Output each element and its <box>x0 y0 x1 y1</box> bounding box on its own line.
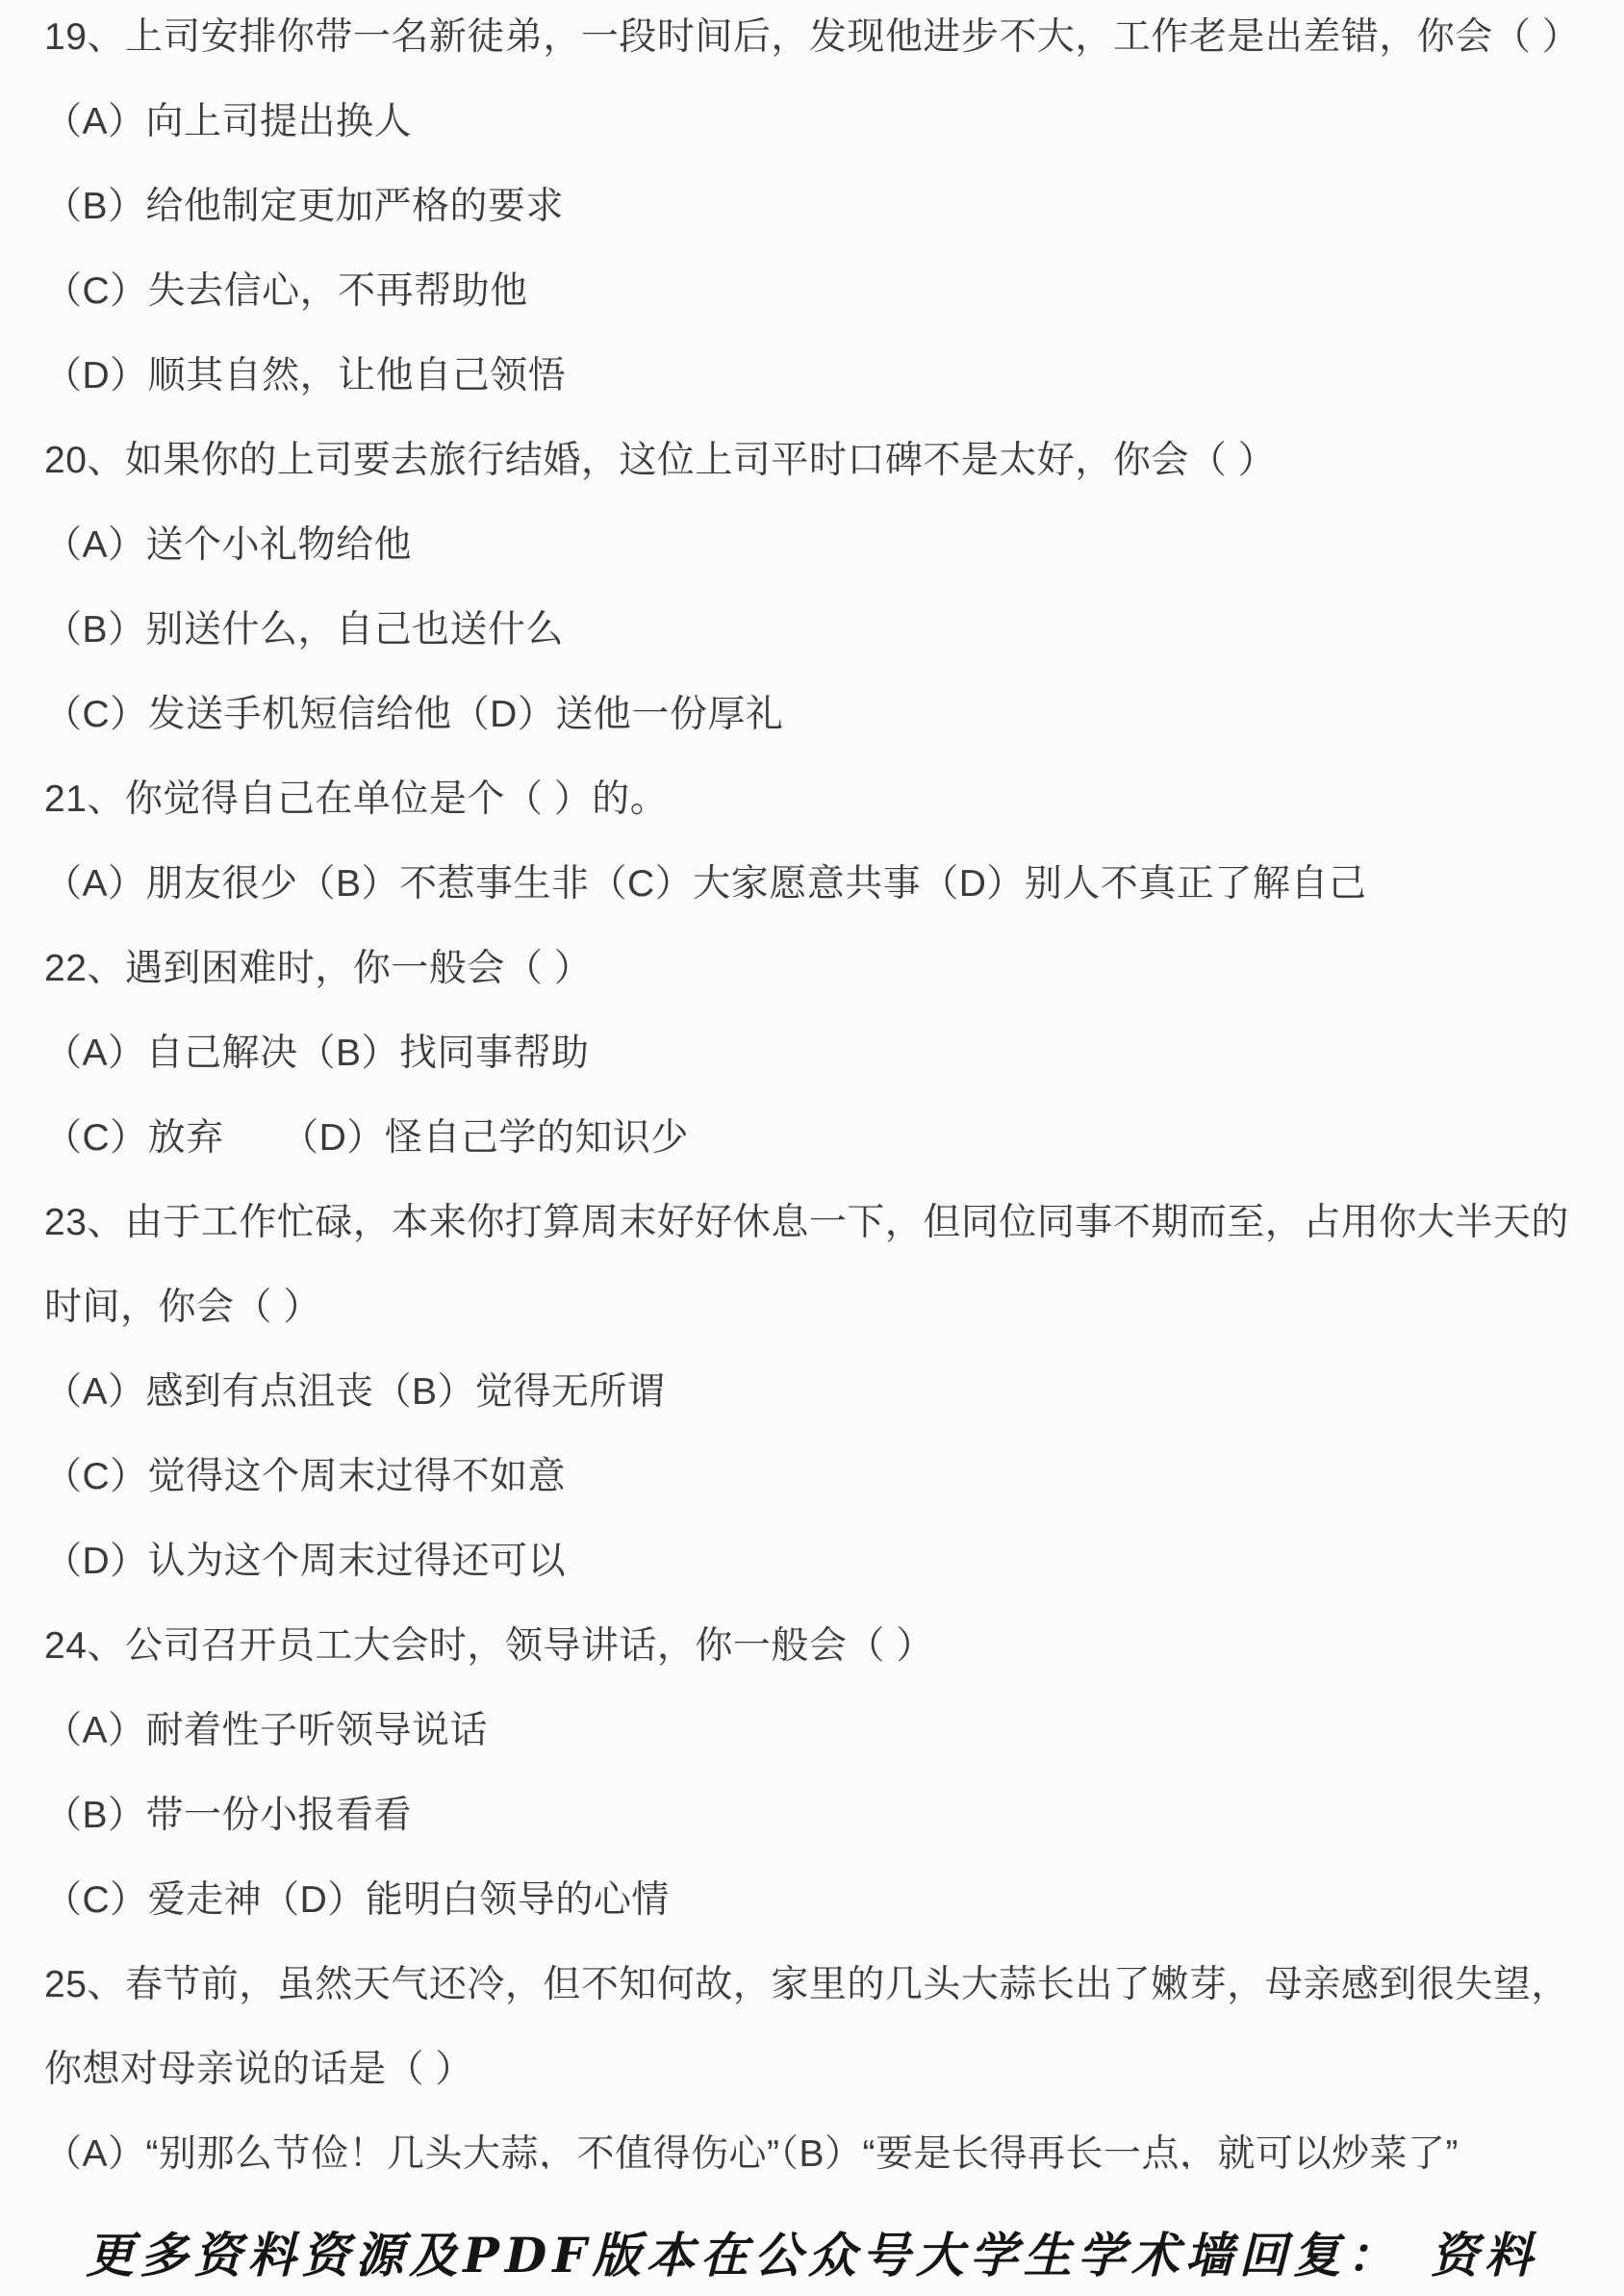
footer-note: 更多资料资源及PDF版本在公众号大学生学术墙回复： 资料 <box>0 2217 1624 2286</box>
question-line: 19、上司安排你带一名新徒弟，一段时间后，发现他进步不大，工作老是出差错，你会（… <box>44 13 1595 98</box>
option-line: （C）觉得这个周末过得不如意 <box>44 1453 1595 1538</box>
option-line: （A）感到有点沮丧（B）觉得无所谓 <box>44 1368 1595 1453</box>
option-line: （C）失去信心，不再帮助他 <box>44 268 1595 352</box>
continuation-line: 你想对母亲说的话是（ ） <box>44 2046 1595 2130</box>
line-text: （C）失去信心，不再帮助他 <box>44 268 1595 316</box>
line-text: 23、由于工作忙碌，本来你打算周末好好休息一下，但同位同事不期而至，占用你大半天… <box>44 1199 1595 1247</box>
line-text: （D）认为这个周末过得还可以 <box>44 1538 1595 1586</box>
line-text: （A）朋友很少（B）不惹事生非（C）大家愿意共事（D）别人不真正了解自己 <box>44 860 1595 908</box>
line-text: 22、遇到困难时，你一般会（ ） <box>44 945 1595 993</box>
option-line: （A）耐着性子听领导说话 <box>44 1707 1595 1792</box>
option-line: （A）自己解决（B）找同事帮助 <box>44 1030 1595 1114</box>
option-line: （C）发送手机短信给他（D）送他一份厚礼 <box>44 691 1595 776</box>
question-line: 23、由于工作忙碌，本来你打算周末好好休息一下，但同位同事不期而至，占用你大半天… <box>44 1199 1595 1284</box>
line-text: （C）放弃 （D）怪自己学的知识少 <box>44 1114 1595 1162</box>
option-line: （B）别送什么，自己也送什么 <box>44 606 1595 691</box>
line-text: 你想对母亲说的话是（ ） <box>44 2046 1595 2094</box>
line-text: （A）送个小礼物给他 <box>44 522 1595 570</box>
line-text: 24、公司召开员工大会时，领导讲话，你一般会（ ） <box>44 1622 1595 1671</box>
line-text: （A）耐着性子听领导说话 <box>44 1707 1595 1755</box>
line-text: 20、如果你的上司要去旅行结婚，这位上司平时口碑不是太好，你会（ ） <box>44 437 1595 485</box>
line-text: （B）给他制定更加严格的要求 <box>44 183 1595 231</box>
continuation-line: 时间，你会（ ） <box>44 1284 1595 1368</box>
option-line: （D）顺其自然，让他自己领悟 <box>44 352 1595 437</box>
question-line: 22、遇到困难时，你一般会（ ） <box>44 945 1595 1030</box>
line-text: 19、上司安排你带一名新徒弟，一段时间后，发现他进步不大，工作老是出差错，你会（… <box>44 13 1595 62</box>
option-line: （A）“别那么节俭！几头大蒜，不值得伤心”（B）“要是长得再长一点，就可以炒菜了… <box>44 2130 1595 2215</box>
question-line: 20、如果你的上司要去旅行结婚，这位上司平时口碑不是太好，你会（ ） <box>44 437 1595 522</box>
option-line: （A）向上司提出换人 <box>44 98 1595 183</box>
line-text: （C）觉得这个周末过得不如意 <box>44 1453 1595 1501</box>
option-line: （A）送个小礼物给他 <box>44 522 1595 606</box>
document-page: 19、上司安排你带一名新徒弟，一段时间后，发现他进步不大，工作老是出差错，你会（… <box>0 0 1624 2296</box>
document-content: 19、上司安排你带一名新徒弟，一段时间后，发现他进步不大，工作老是出差错，你会（… <box>0 0 1624 2215</box>
option-line: （C）放弃 （D）怪自己学的知识少 <box>44 1114 1595 1199</box>
line-text: （B）别送什么，自己也送什么 <box>44 606 1595 654</box>
option-line: （B）带一份小报看看 <box>44 1792 1595 1876</box>
line-text: （C）发送手机短信给他（D）送他一份厚礼 <box>44 691 1595 739</box>
line-text: （B）带一份小报看看 <box>44 1792 1595 1840</box>
question-line: 24、公司召开员工大会时，领导讲话，你一般会（ ） <box>44 1622 1595 1707</box>
option-line: （B）给他制定更加严格的要求 <box>44 183 1595 268</box>
question-line: 21、你觉得自己在单位是个（ ）的。 <box>44 776 1595 860</box>
question-line: 25、春节前，虽然天气还冷，但不知何故，家里的几头大蒜长出了嫩芽，母亲感到很失望… <box>44 1961 1595 2046</box>
line-text: 25、春节前，虽然天气还冷，但不知何故，家里的几头大蒜长出了嫩芽，母亲感到很失望… <box>44 1961 1595 2009</box>
line-text: （A）向上司提出换人 <box>44 98 1595 146</box>
line-text: 21、你觉得自己在单位是个（ ）的。 <box>44 776 1595 824</box>
line-text: （A）自己解决（B）找同事帮助 <box>44 1030 1595 1078</box>
option-line: （C）爱走神（D）能明白领导的心情 <box>44 1876 1595 1961</box>
line-text: （D）顺其自然，让他自己领悟 <box>44 352 1595 400</box>
line-text: （A）感到有点沮丧（B）觉得无所谓 <box>44 1368 1595 1416</box>
option-line: （D）认为这个周末过得还可以 <box>44 1538 1595 1622</box>
line-text: （C）爱走神（D）能明白领导的心情 <box>44 1876 1595 1925</box>
option-line: （A）朋友很少（B）不惹事生非（C）大家愿意共事（D）别人不真正了解自己 <box>44 860 1595 945</box>
line-text: 时间，你会（ ） <box>44 1284 1595 1332</box>
line-text: （A）“别那么节俭！几头大蒜，不值得伤心”（B）“要是长得再长一点，就可以炒菜了… <box>44 2130 1595 2169</box>
